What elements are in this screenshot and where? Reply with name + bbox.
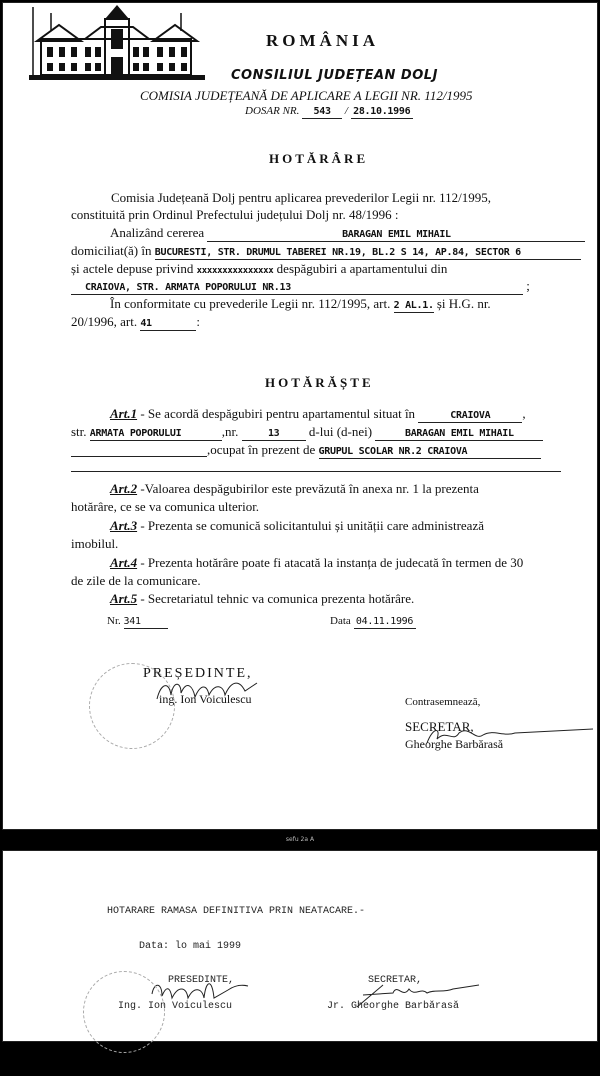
apartment-line: CRAIOVA, STR. ARMATA POPORULUI NR.13 ;: [71, 277, 530, 295]
conformity-line-2-prefix: 20/1996, art.: [71, 314, 137, 329]
art2-line-1: Art.2 -Valoarea despăgubirilor este prev…: [110, 480, 479, 497]
documents-prefix: și actele depuse privind: [71, 261, 193, 276]
art1-street: ARMATA POPORULUI: [90, 428, 222, 441]
art2-line-2: hotărâre, ce se va comunica ulterior.: [71, 498, 259, 515]
art1-city: CRAIOVA: [418, 410, 522, 423]
art1-line-1: Art.1 - Se acordă despăgubiri pentru apa…: [110, 405, 526, 423]
hg-article: 41: [140, 318, 196, 331]
applicant-name: BARAGAN EMIL MIHAIL: [207, 229, 585, 242]
art3-line-1: Art.3 - Prezenta se comunică solicitantu…: [110, 517, 484, 534]
art3-label: Art.3: [110, 518, 137, 533]
intro-line-1: Comisia Județeană Dolj pentru aplicarea …: [111, 189, 491, 206]
blank-rule: [71, 471, 561, 472]
dossier-label: DOSAR NR.: [245, 105, 299, 117]
art4-text: - Prezenta hotărâre poate fi atacată la …: [137, 555, 523, 570]
addendum-page: HOTARARE RAMASA DEFINITIVA PRIN NEATACAR…: [2, 850, 598, 1042]
art4-line-2: de zile de la comunicare.: [71, 572, 201, 589]
address-line: domiciliat(ă) în BUCURESTI, STR. DRUMUL …: [71, 242, 581, 260]
conformity-mid: și H.G. nr.: [437, 296, 491, 311]
decision-number: 341: [124, 616, 168, 629]
countersign-label: Contrasemnează,: [405, 696, 480, 708]
secretary-signature-icon: [423, 723, 593, 753]
addendum-president-signature-icon: [148, 976, 258, 1006]
president-signature-icon: [153, 673, 263, 709]
ruling-title: HOTĂRĂȘTE: [265, 375, 374, 391]
commission-name: COMISIA JUDEȚEANĂ DE APLICARE A LEGII NR…: [140, 88, 472, 104]
occupied-label: ,ocupat în prezent de: [207, 442, 315, 457]
semicolon: ;: [526, 278, 530, 293]
dossier-separator: /: [345, 105, 348, 117]
art5-line-1: Art.5 - Secretariatul tehnic va comunica…: [110, 590, 414, 607]
building-logo-icon: [29, 5, 205, 83]
analyzing-label: Analizând cererea: [110, 225, 204, 240]
art1-label: Art.1: [110, 406, 137, 421]
date-line: Data 04.11.1996: [330, 615, 416, 629]
country-heading: ROMÂNIA: [266, 31, 379, 51]
owner-label: d-lui (d-nei): [309, 424, 372, 439]
intro-line-2: constituită prin Ordinul Prefectului jud…: [71, 206, 399, 223]
dossier-line: DOSAR NR. 543 / 28.10.1996: [245, 105, 413, 119]
finality-statement: HOTARARE RAMASA DEFINITIVA PRIN NEATACAR…: [107, 906, 365, 917]
conformity-line-2: 20/1996, art. 41:: [71, 313, 200, 331]
decision-title: HOTĂRÂRE: [269, 151, 368, 167]
art2-text: -Valoarea despăgubirilor este prevăzută …: [137, 481, 479, 496]
date-label: Data: [330, 615, 351, 627]
street-label: str.: [71, 424, 87, 439]
decision-date: 04.11.1996: [354, 616, 416, 629]
art1-line-3: ,ocupat în prezent de GRUPUL SCOLAR NR.2…: [71, 441, 541, 459]
blank-line: [71, 444, 207, 457]
art5-label: Art.5: [110, 591, 137, 606]
domiciled-label: domiciliat(ă) în: [71, 243, 152, 258]
art4-line-1: Art.4 - Prezenta hotărâre poate fi ataca…: [110, 554, 523, 571]
art1-owner: BARAGAN EMIL MIHAIL: [375, 428, 543, 441]
art1-line-2: str. ARMATA POPORULUI,nr. 13 d-lui (d-ne…: [71, 423, 543, 441]
dossier-number: 543: [302, 106, 342, 119]
art1-text: - Se acordă despăgubiri pentru apartamen…: [137, 406, 415, 421]
nr-label: Nr.: [107, 615, 121, 627]
addendum-secretary-signature-icon: [353, 979, 483, 1013]
art1-occupant: GRUPUL SCOLAR NR.2 CRAIOVA: [319, 446, 541, 459]
art1-number: 13: [242, 428, 306, 441]
art5-text: - Secretariatul tehnic va comunica preze…: [137, 591, 414, 606]
colon: :: [196, 314, 200, 329]
number-line: Nr. 341: [107, 615, 168, 629]
council-name: CONSILIUL JUDEȚEAN DOLJ: [231, 68, 438, 83]
art3-text: - Prezenta se comunică solicitantului și…: [137, 518, 484, 533]
art3-line-2: imobilul.: [71, 535, 118, 552]
law-article: 2 AL.1.: [394, 300, 434, 313]
applicant-address: BUCURESTI, STR. DRUMUL TABEREI NR.19, BL…: [155, 247, 581, 260]
decision-page: ROMÂNIA CONSILIUL JUDEȚEAN DOLJ COMISIA …: [2, 2, 598, 830]
analyzing-line: Analizând cererea BARAGAN EMIL MIHAIL: [110, 224, 585, 242]
art2-label: Art.2: [110, 481, 137, 496]
addendum-stamp: [83, 971, 165, 1053]
apartment-location: CRAIOVA, STR. ARMATA POPORULUI NR.13: [71, 282, 523, 295]
conformity-prefix: În conformitate cu prevederile Legii nr.…: [110, 296, 390, 311]
dossier-date: 28.10.1996: [351, 106, 413, 119]
nr-label: ,nr.: [222, 424, 239, 439]
apartment-location-text: CRAIOVA, STR. ARMATA POPORULUI NR.13: [71, 282, 291, 293]
page-divider: sefu 2a A: [0, 832, 600, 848]
documents-suffix: despăgubiri a apartamentului din: [277, 261, 448, 276]
conformity-line: În conformitate cu prevederile Legii nr.…: [110, 295, 491, 313]
struck-text: xxxxxxxxxxxxxxx: [197, 266, 274, 276]
finality-date: Data: lo mai 1999: [139, 941, 241, 952]
art4-label: Art.4: [110, 555, 137, 570]
